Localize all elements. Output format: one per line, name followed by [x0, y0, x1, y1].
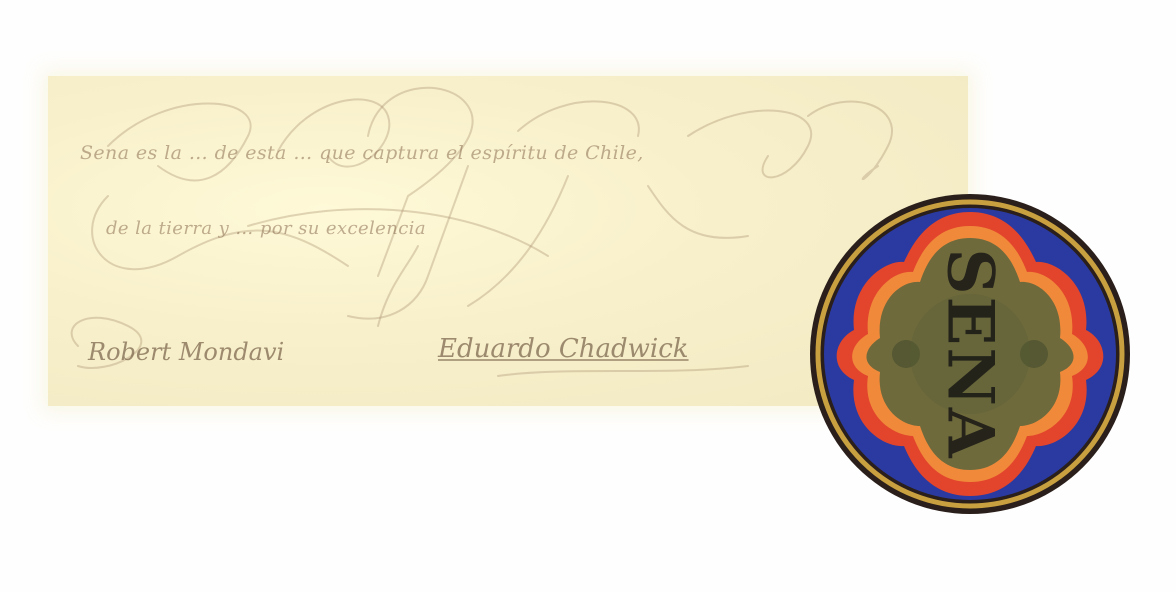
sena-seal: SENA — [806, 190, 1134, 518]
document-canvas: Sena es la … de esta … que captura el es… — [0, 0, 1176, 592]
seal-label: SENA — [933, 248, 1008, 459]
inscription-line-2: de la tierra y … por su excelencia — [106, 218, 426, 239]
inscription-line-1: Sena es la … de esta … que captura el es… — [80, 142, 644, 164]
signature-1: Robert Mondavi — [88, 338, 284, 366]
signature-2: Eduardo Chadwick — [438, 334, 689, 364]
